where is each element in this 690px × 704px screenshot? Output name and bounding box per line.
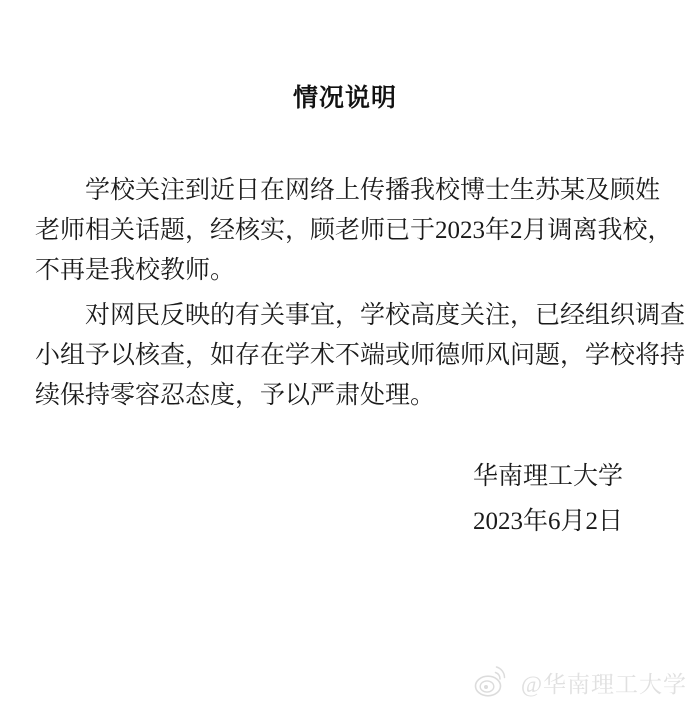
text-line: 小组予以核查，如存在学术不端或师德师风问题，学校将持 [35, 336, 690, 376]
text-line: 续保持零容忍态度，予以严肃处理。 [35, 376, 690, 416]
weibo-icon [472, 665, 516, 699]
document-title: 情况说明 [0, 0, 690, 112]
watermark-text: @华南理工大学 [521, 666, 687, 699]
text-line: 老师相关话题，经核实，顾老师已于2023年2月调离我校， [35, 211, 690, 251]
watermark: @华南理工大学 [472, 665, 687, 699]
signature: 华南理工大学 [473, 457, 690, 497]
date: 2023年6月2日 [473, 502, 690, 542]
text-line: 不再是我校教师。 [35, 251, 690, 291]
signature-block: 华南理工大学 2023年6月2日 [473, 457, 690, 542]
document-page: 情况说明 学校关注到近日在网络上传播我校博士生苏某及顾姓 老师相关话题，经核实，… [0, 0, 690, 704]
text-line: 对网民反映的有关事宜，学校高度关注，已经组织调查 [35, 296, 690, 336]
paragraph-1: 学校关注到近日在网络上传播我校博士生苏某及顾姓 老师相关话题，经核实，顾老师已于… [35, 171, 690, 291]
paragraph-2: 对网民反映的有关事宜，学校高度关注，已经组织调查 小组予以核查，如存在学术不端或… [35, 296, 690, 416]
text-line: 学校关注到近日在网络上传播我校博士生苏某及顾姓 [35, 171, 690, 211]
document-body: 学校关注到近日在网络上传播我校博士生苏某及顾姓 老师相关话题，经核实，顾老师已于… [0, 171, 690, 416]
